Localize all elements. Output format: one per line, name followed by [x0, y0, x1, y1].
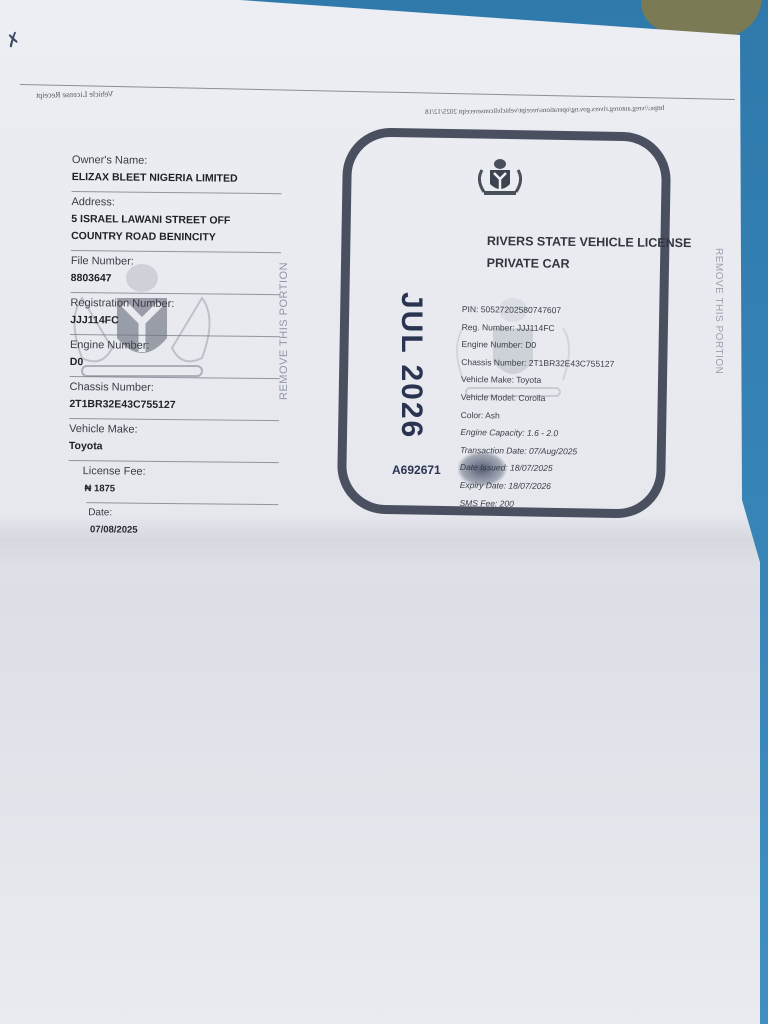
ink-stamp [458, 452, 506, 486]
divider [69, 418, 279, 421]
divider [71, 292, 281, 295]
license-title: RIVERS STATE VEHICLE LICENSE [487, 234, 692, 250]
header-title: Vehicle License Receipt [36, 89, 113, 99]
coat-of-arms-icon [476, 158, 524, 198]
registration-number-label: Registration Number: [70, 297, 280, 311]
chassis-number: Chassis Number: 2T1BR32E43C755127 [461, 354, 614, 373]
vehicle-model: Vehicle Model: Corolla [461, 389, 614, 408]
owner-name-label: Owner's Name: [72, 154, 282, 168]
divider [86, 502, 278, 505]
divider [71, 250, 281, 253]
chassis-number-label: Chassis Number: [69, 381, 279, 395]
ink-mark: ✗ [3, 28, 24, 53]
color: Color: Ash [460, 407, 613, 426]
license-header: RIVERS STATE VEHICLE LICENSE PRIVATE CAR [487, 234, 692, 272]
reg-number: Reg. Number: JJJ114FC [462, 319, 615, 338]
divider [69, 460, 279, 463]
receipt-paper: ✗ Vehicle License Receipt https://vreg.a… [0, 0, 760, 1024]
vehicle-make: Vehicle Make: Toyota [461, 371, 614, 390]
file-number-label: File Number: [71, 255, 281, 269]
address-label: Address: [71, 196, 281, 210]
vehicle-make-label: Vehicle Make: [69, 423, 279, 437]
remove-portion-label-right: REMOVE THIS PORTION [713, 248, 724, 374]
engine-number: Engine Number: D0 [461, 336, 614, 355]
header-divider [20, 84, 735, 100]
engine-number-value: D0 [70, 354, 280, 373]
owner-name-value: ELIZAX BLEET NIGERIA LIMITED [72, 169, 282, 188]
engine-capacity: Engine Capacity: 1.6 - 2.0 [460, 424, 613, 443]
file-number-value: 8803647 [71, 270, 281, 289]
license-fee-value: ₦ 1875 [84, 480, 278, 499]
sms-fee: SMS Fee: 200 [459, 495, 612, 514]
divider [70, 334, 280, 337]
pin: PIN: 50527202580747607 [462, 301, 615, 320]
license-fee-label: License Fee: [83, 465, 279, 479]
engine-number-label: Engine Number: [70, 339, 280, 353]
remove-portion-label-left: REMOVE THIS PORTION [278, 262, 290, 400]
owner-portion: Owner's Name: ELIZAX BLEET NIGERIA LIMIT… [68, 152, 282, 540]
divider [70, 376, 280, 379]
address-value: 5 ISRAEL LAWANI STREET OFF COUNTRY ROAD … [71, 211, 281, 247]
expiry-stamp: JUL 2026 [394, 292, 428, 439]
registration-number-value: JJJ114FC [70, 312, 280, 331]
vehicle-make-value: Toyota [69, 438, 279, 457]
serial-number: A692671 [392, 463, 441, 477]
paper-fold [0, 515, 768, 575]
header-url: https://vreg.autoreg.rivers.gov.ng/opera… [425, 104, 664, 116]
divider [72, 191, 282, 194]
chassis-number-value: 2T1BR32E43C755127 [69, 396, 279, 415]
license-category: PRIVATE CAR [487, 256, 692, 272]
